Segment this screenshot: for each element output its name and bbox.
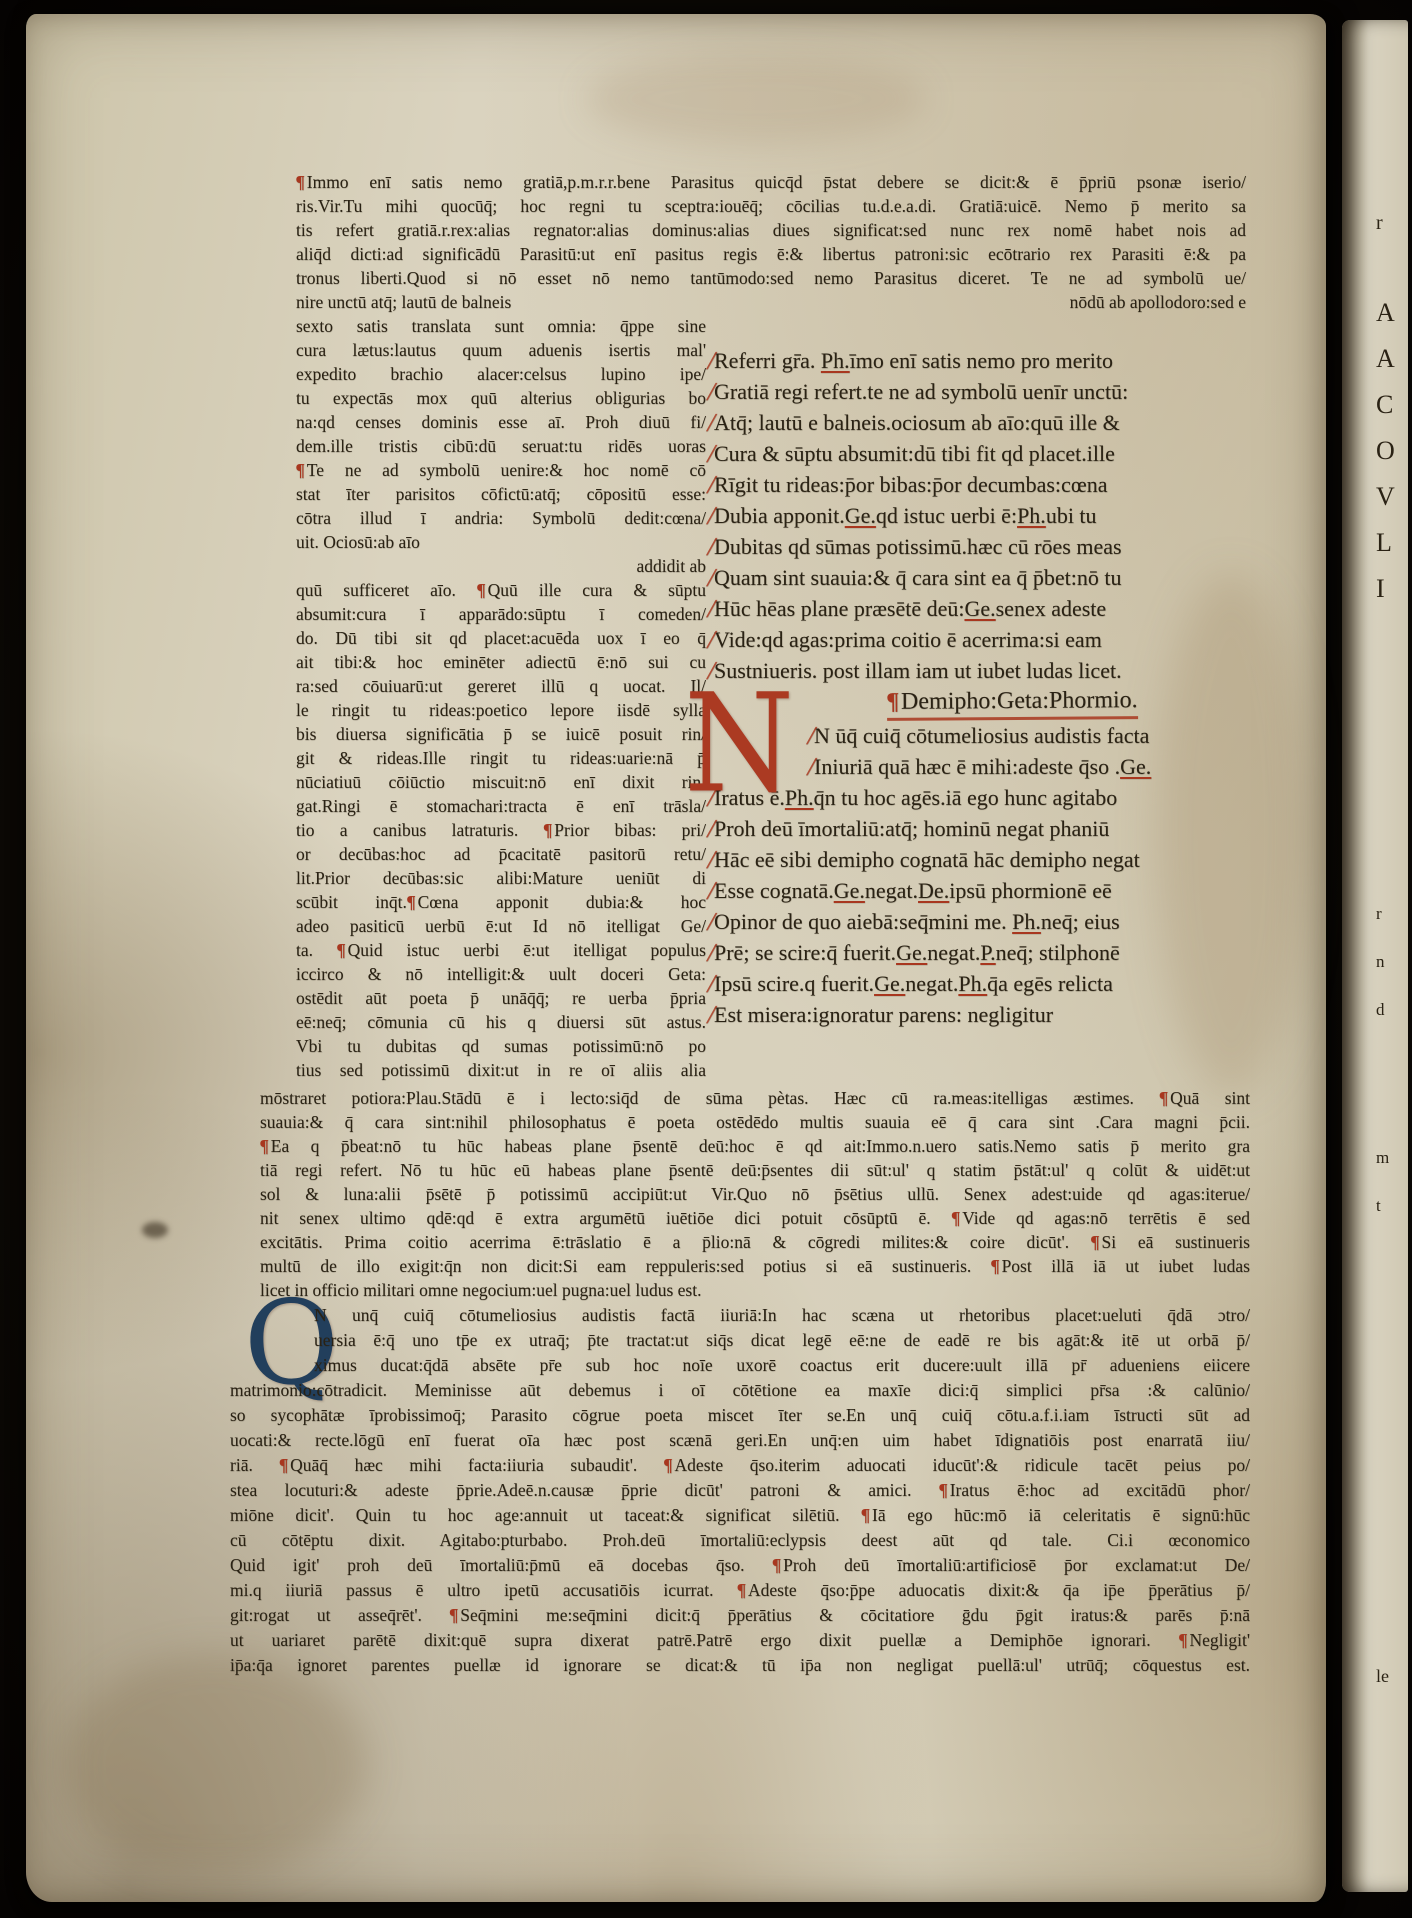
verse-line: Est misera:ignoratur parens: negligitur (714, 999, 1250, 1030)
commentary-line: nit senex ultimo qdē:qd ē extra argumētū… (260, 1206, 1250, 1230)
pilcrow-mark: ¶ (887, 689, 899, 715)
cropped-letter-fragment: L (1376, 528, 1392, 558)
stain (66, 1654, 366, 1874)
transition-right-text: nōdū ab apollodoro:sed e (1070, 290, 1246, 314)
verse-line: Hūc hēas plane præsētē deū:Ge.senex ades… (714, 593, 1250, 624)
commentary-line: ait tibi:& hoc eminēter adiectū ē:nō sui… (296, 650, 706, 674)
stain (586, 54, 926, 144)
verse-line: Opinor de quo aiebā:seq̄mini me. Ph.neq̄… (714, 906, 1250, 937)
commentary-line: suauia:& q̄ cara sint:nihil philosophatu… (260, 1110, 1250, 1134)
pilcrow-mark: ¶ (951, 1208, 960, 1228)
commentary-line: multū de illo exigit:q̄n non dicit:Si ea… (260, 1254, 1250, 1278)
pilcrow-mark: ¶ (337, 940, 346, 960)
commentary-line: so sycophātæ īprobissimoq̄; Parasito cōg… (230, 1403, 1250, 1428)
speaker-abbrev: Ge. (1120, 754, 1151, 779)
commentary-line: or decūbas:hoc ad p̄cacitatē pasitorū re… (296, 842, 706, 866)
commentary-line: expedito brachio alacer:celsus lupino ip… (296, 362, 706, 386)
left-commentary-column: sexto satis translata sunt omnia: q̄ppe … (296, 314, 706, 1082)
scene-heading: ¶Demipho:Geta:Phormio. (774, 686, 1250, 720)
pilcrow-mark: ¶ (1159, 1088, 1168, 1108)
commentary-line: na:qd censes dominis esse aī. Proh diuū … (296, 410, 706, 434)
speaker-abbrev: Ge. (834, 878, 865, 903)
speaker-abbrev: De. (918, 878, 949, 903)
commentary-line: ximus ducat:q̄dā absēte pr̄e sub hoc noī… (230, 1353, 1250, 1378)
verse-line: Atq̄; lautū e balneis.ociosum ab aīo:quū… (714, 407, 1250, 438)
commentary-line: mi.q iiuriā passus ē ultro ipetū accusat… (230, 1578, 1250, 1603)
main-text-column: Referri gr̄a. Ph.īmo enī satis nemo pro … (714, 345, 1250, 1030)
commentary-line: eē:neq̄; cōmunia cū his q diuersi sūt as… (296, 1010, 706, 1034)
cropped-letter-fragment: I (1376, 574, 1385, 604)
speaker-abbrev: Ge. (874, 971, 905, 996)
commentary-line: stat īter parisitos cōfictū:atq̄; cōposi… (296, 482, 706, 506)
speaker-abbrev: Ph. (821, 348, 850, 373)
verse-line: Prē; se scire:q̄ fuerit.Ge.negat.P.neq̄;… (714, 937, 1250, 968)
verse-group-2: N ūq̄ cuiq̄ cōtumeliosius audistis facta… (714, 720, 1250, 782)
commentary-line: ostēdit aūt poeta p̄ unāq̄q̄; re uerba p… (296, 986, 706, 1010)
commentary-line: ¶Immo enī satis nemo gratiā,p.m.r.r.bene… (296, 170, 1246, 194)
speaker-abbrev: Ge. (896, 940, 927, 965)
commentary-line: git:rogat ut asseq̄rēt'. ¶Seq̄mini me:se… (230, 1603, 1250, 1628)
commentary-line: ¶Ea q p̄beat:nō tu hūc habeas plane p̄se… (260, 1134, 1250, 1158)
commentary-line: matrimonio:cōtradicit. Meminisse aūt deb… (230, 1378, 1250, 1403)
cropped-letter-fragment: V (1376, 482, 1395, 512)
commentary-line: cōtra illud ī andria: Symbolū dedit:cœna… (296, 506, 706, 530)
verse-line: Dubia apponit.Ge.qd istuc uerbi ē:Ph.ubi… (714, 500, 1250, 531)
commentary-line: stea locuturi:& adeste p̄prie.Adeē.n.cau… (230, 1478, 1250, 1503)
verse-line: Iniuriā quā hæc ē mihi:adeste q̄so .Ge. (714, 751, 1250, 782)
ink-spot (142, 1222, 168, 1238)
red-lombard-initial-N: N (684, 688, 794, 800)
pilcrow-mark: ¶ (1091, 1232, 1100, 1252)
commentary-line: gat.Ringi ē stomachari:tracta ē enī trās… (296, 794, 706, 818)
commentary-line: Quid igit' proh deū īmortaliū:p̄mū eā do… (230, 1553, 1250, 1578)
commentary-line: riā. ¶Quāq̄ hæc mihi facta:iiuria subaud… (230, 1453, 1250, 1478)
facing-page-sliver: rAACOVLIrndmtle (1342, 20, 1408, 1892)
commentary-line: ta. ¶Quid istuc uerbi ē:ut itelligat pop… (296, 938, 706, 962)
cropped-letter-fragment: r (1376, 212, 1383, 235)
pilcrow-mark: ¶ (296, 460, 305, 480)
verse-group-1: Referri gr̄a. Ph.īmo enī satis nemo pro … (714, 345, 1250, 686)
commentary-line: iccirco & nō intelligit:& uult doceri Ge… (296, 962, 706, 986)
commentary-line: dem.ille tristis cibū:dū seruat:tu ridēs… (296, 434, 706, 458)
commentary-line: ip̄a:q̄a ignoret parentes puellæ id igno… (230, 1653, 1250, 1678)
pilcrow-mark: ¶ (296, 172, 305, 192)
cropped-letter-fragment: d (1376, 1000, 1385, 1020)
pilcrow-mark: ¶ (861, 1505, 870, 1525)
verse-line: Ipsū scire.q fuerit.Ge.negat.Ph.q̄a egēs… (714, 968, 1250, 999)
commentary-line: addidit ab (296, 554, 706, 578)
verse-line: Rīgit tu rideas:p̄or bibas:p̄or decumbas… (714, 469, 1250, 500)
verse-line: N ūq̄ cuiq̄ cōtumeliosius audistis facta (714, 720, 1250, 751)
pilcrow-mark: ¶ (279, 1455, 288, 1475)
pilcrow-mark: ¶ (772, 1555, 781, 1575)
verse-line: Proh deū īmortaliū:atq̄; hominū negat ph… (714, 813, 1250, 844)
speaker-abbrev: P. (980, 940, 995, 965)
commentary-line: quū sufficeret aīo. ¶Quū ille cura & sūp… (296, 578, 706, 602)
speaker-abbrev: Ph. (1012, 909, 1041, 934)
pilcrow-mark: ¶ (664, 1455, 673, 1475)
commentary-line: aliq̄d dicti:ad significādū Parasitū:ut … (296, 242, 1246, 266)
top-commentary-block: ¶Immo enī satis nemo gratiā,p.m.r.r.bene… (296, 170, 1246, 290)
cropped-letter-fragment: le (1376, 1666, 1389, 1687)
speaker-abbrev: Ph. (958, 971, 987, 996)
commentary-line: cura lætus:lautus quum aduenis isertis m… (296, 338, 706, 362)
commentary-line: miōne dicit'. Quin tu hoc age:annuit ut … (230, 1503, 1250, 1528)
speaker-abbrev: Ge. (964, 596, 995, 621)
cropped-letter-fragment: O (1376, 436, 1395, 466)
cropped-letter-fragment: n (1376, 952, 1385, 972)
verse-line: Iratus ē.Ph.q̄n tu hoc agēs.iā ego hunc … (714, 782, 1250, 813)
pilcrow-mark: ¶ (544, 820, 553, 840)
scene-heading-text: ¶Demipho:Geta:Phormio. (887, 685, 1138, 721)
pilcrow-mark: ¶ (991, 1256, 1000, 1276)
verse-line: Esse cognatā.Ge.negat.De.ipsū phormionē … (714, 875, 1250, 906)
verse-line: Hāc eē sibi demipho cognatā hāc demipho … (714, 844, 1250, 875)
cropped-letter-fragment: A (1376, 298, 1395, 328)
verse-line: Sustniueris. post illam iam ut iubet lud… (714, 655, 1250, 686)
speaker-abbrev: Ph. (1017, 503, 1046, 528)
pilcrow-mark: ¶ (737, 1580, 746, 1600)
verse-group-3: Iratus ē.Ph.q̄n tu hoc agēs.iā ego hunc … (714, 782, 1250, 1030)
commentary-line: ¶Te ne ad symbolū uenire:& hoc nomē cō (296, 458, 706, 482)
cropped-letter-fragment: m (1376, 1148, 1389, 1168)
commentary-line: git & rideas.Ille ringit tu rideas:uarie… (296, 746, 706, 770)
verse-line: Referri gr̄a. Ph.īmo enī satis nemo pro … (714, 345, 1250, 376)
commentary-line: uocati:& recte.lōgū enī fuerat oīa hæc p… (230, 1428, 1250, 1453)
commentary-line: cū cōtēptu dixit. Agitabo:pturbabo. Proh… (230, 1528, 1250, 1553)
commentary-line: nūciatiuū cōiūctio miscuit:nō enī dixit … (296, 770, 706, 794)
commentary-line: do. Dū tibi sit qd placet:acuēda uox ī e… (296, 626, 706, 650)
transition-left-text: nire unctū atq̄; lautū de balneis (296, 290, 511, 314)
scanned-book-spread: ¶Immo enī satis nemo gratiā,p.m.r.r.bene… (0, 0, 1412, 1918)
commentary-line: ris.Vir.Tu mihi quocūq̄; hoc regni tu sc… (296, 194, 1246, 218)
commentary-line: uit. Ociosū:ab aīo (296, 530, 706, 554)
cropped-letter-fragment: C (1376, 390, 1393, 420)
commentary-line: lit.Prior decūbas:sic alibi:Mature ueniū… (296, 866, 706, 890)
commentary-line: sol & luna:alii p̄sētē p̄ potissimū acci… (260, 1182, 1250, 1206)
commentary-line: uersia ē:q̄ uno tp̄e ex utraq̄; p̄te tra… (230, 1328, 1250, 1353)
speaker-abbrev: Ge. (845, 503, 876, 528)
commentary-line: ut uariaret parētē dixit:quē supra dixer… (230, 1628, 1250, 1653)
commentary-line: sexto satis translata sunt omnia: q̄ppe … (296, 314, 706, 338)
commentary-line: tronus liberti.Quod si nō esset nō nemo … (296, 266, 1246, 290)
commentary-line: tiā regi refert. Nō tu hūc eū habeas pla… (260, 1158, 1250, 1182)
commentary-line: ra:sed cōuiuarū:ut gereret illū q uocat.… (296, 674, 706, 698)
pilcrow-mark: ¶ (407, 892, 416, 912)
transition-row: nire unctū atq̄; lautū de balneis nōdū a… (296, 290, 1246, 314)
commentary-line: bis diuersa significātia p̄ se iuicē pos… (296, 722, 706, 746)
commentary-line: Vbi tu dubitas qd sumas potissimū:nō po (296, 1034, 706, 1058)
commentary-line: adeo pasiticū uerbū ē:ut Id nō itelligat… (296, 914, 706, 938)
cropped-letter-fragment: r (1376, 904, 1382, 924)
commentary-line: excitātis. Prima coitio acerrima ē:trāsl… (260, 1230, 1250, 1254)
commentary-line: N unq̄ cuiq̄ cōtumeliosius audistis fact… (230, 1303, 1250, 1328)
pilcrow-mark: ¶ (477, 580, 486, 600)
verse-line: Vide:qd agas:prima coitio ē acerrima:si … (714, 624, 1250, 655)
commentary-line: tio a canibus latraturis. ¶Prior bibas: … (296, 818, 706, 842)
verse-line: Gratiā regi refert.te ne ad symbolū uenī… (714, 376, 1250, 407)
verse-line: Quam sint suauia:& q̄ cara sint ea q̄ p̄… (714, 562, 1250, 593)
verse-line: Dubitas qd sūmas potissimū.hæc cū rōes m… (714, 531, 1250, 562)
bottom-commentary-block: N unq̄ cuiq̄ cōtumeliosius audistis fact… (230, 1303, 1250, 1678)
commentary-line: le ringit tu rideas:poetico lepore iisdē… (296, 698, 706, 722)
pilcrow-mark: ¶ (449, 1605, 458, 1625)
pilcrow-mark: ¶ (260, 1136, 269, 1156)
pilcrow-mark: ¶ (1179, 1630, 1188, 1650)
cropped-letter-fragment: t (1376, 1196, 1381, 1216)
commentary-line: tis refert gratiā.r.rex:alias regnator:a… (296, 218, 1246, 242)
cropped-letter-fragment: A (1376, 344, 1395, 374)
commentary-line: tius sed potissimū dixit:ut in re oī ali… (296, 1058, 706, 1082)
commentary-line: mōstraret potiora:Plau.Stādū ē i lecto:s… (260, 1086, 1250, 1110)
commentary-line: tu expectās mox quū alterius obligurias … (296, 386, 706, 410)
verse-line: Cura & sūptu absumit:dū tibi fit qd plac… (714, 438, 1250, 469)
middle-commentary-block: mōstraret potiora:Plau.Stādū ē i lecto:s… (260, 1086, 1250, 1302)
commentary-line: scūbit inq̄t.¶Cœna apponit dubia:& hoc (296, 890, 706, 914)
commentary-line: absumit:cura ī apparādo:sūptu ī comeden/ (296, 602, 706, 626)
commentary-line: licet in officio militari omne negocium:… (260, 1278, 1250, 1302)
pilcrow-mark: ¶ (939, 1480, 948, 1500)
